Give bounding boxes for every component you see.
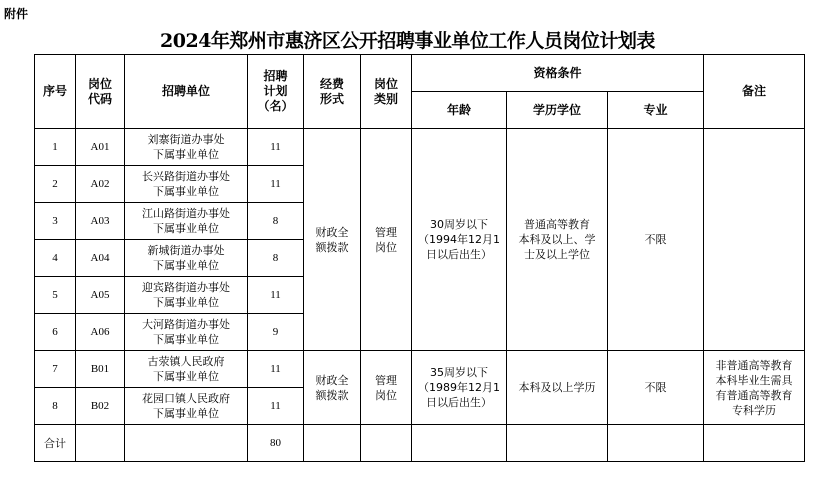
cell-unit: 长兴路街道办事处 下属事业单位 — [125, 166, 248, 203]
cell-code: A03 — [76, 203, 125, 240]
cell-remarks-group-a — [704, 129, 805, 351]
cell-code: B01 — [76, 351, 125, 388]
cell-education-group-b: 本科及以上学历 — [507, 351, 608, 425]
cell-plan: 11 — [248, 277, 304, 314]
cell-age-group-a: 30周岁以下 （1994年12月1 日以后出生） — [412, 129, 507, 351]
cell-unit: 大河路街道办事处 下属事业单位 — [125, 314, 248, 351]
header-funding: 经费 形式 — [304, 55, 361, 129]
recruitment-plan-table: 序号 岗位 代码 招聘单位 招聘 计划 （名） 经费 形式 岗位 类别 资格条件… — [34, 54, 805, 462]
header-remarks: 备注 — [704, 55, 805, 129]
cell-plan: 11 — [248, 351, 304, 388]
cell-unit: 江山路街道办事处 下属事业单位 — [125, 203, 248, 240]
header-education: 学历学位 — [507, 92, 608, 129]
cell-code: A04 — [76, 240, 125, 277]
cell-seq: 6 — [35, 314, 76, 351]
cell-code: A02 — [76, 166, 125, 203]
table-row: 7 B01 古荥镇人民政府 下属事业单位 11 财政全 额拨款 管理 岗位 35… — [35, 351, 805, 388]
cell-major-group-b: 不限 — [608, 351, 704, 425]
total-label: 合计 — [35, 425, 76, 462]
cell-seq: 2 — [35, 166, 76, 203]
cell-seq: 7 — [35, 351, 76, 388]
header-major: 专业 — [608, 92, 704, 129]
table-row: 1 A01 刘寨街道办事处 下属事业单位 11 财政全 额拨款 管理 岗位 30… — [35, 129, 805, 166]
cell-seq: 4 — [35, 240, 76, 277]
header-unit: 招聘单位 — [125, 55, 248, 129]
cell-major-group-a: 不限 — [608, 129, 704, 351]
cell-category-group-b: 管理 岗位 — [361, 351, 412, 425]
cell-funding-group-a: 财政全 额拨款 — [304, 129, 361, 351]
cell-seq: 3 — [35, 203, 76, 240]
total-empty-unit — [125, 425, 248, 462]
cell-unit: 迎宾路街道办事处 下属事业单位 — [125, 277, 248, 314]
cell-unit: 刘寨街道办事处 下属事业单位 — [125, 129, 248, 166]
header-age: 年龄 — [412, 92, 507, 129]
cell-education-group-a: 普通高等教育 本科及以上、学 士及以上学位 — [507, 129, 608, 351]
total-empty — [304, 425, 361, 462]
cell-plan: 11 — [248, 166, 304, 203]
header-code: 岗位 代码 — [76, 55, 125, 129]
header-category: 岗位 类别 — [361, 55, 412, 129]
cell-unit: 古荥镇人民政府 下属事业单位 — [125, 351, 248, 388]
annex-label: 附件 — [4, 5, 28, 22]
cell-age-group-b: 35周岁以下 （1989年12月1 日以后出生） — [412, 351, 507, 425]
cell-remarks-group-b: 非普通高等教育 本科毕业生需具 有普通高等教育 专科学历 — [704, 351, 805, 425]
cell-unit: 花园口镇人民政府 下属事业单位 — [125, 388, 248, 425]
total-plan: 80 — [248, 425, 304, 462]
cell-unit: 新城街道办事处 下属事业单位 — [125, 240, 248, 277]
total-empty-code — [76, 425, 125, 462]
cell-seq: 1 — [35, 129, 76, 166]
header-qualifications: 资格条件 — [412, 55, 704, 92]
cell-seq: 8 — [35, 388, 76, 425]
header-seq: 序号 — [35, 55, 76, 129]
cell-plan: 9 — [248, 314, 304, 351]
total-empty — [704, 425, 805, 462]
total-empty — [507, 425, 608, 462]
cell-plan: 11 — [248, 388, 304, 425]
total-empty — [412, 425, 507, 462]
cell-category-group-a: 管理 岗位 — [361, 129, 412, 351]
cell-plan: 11 — [248, 129, 304, 166]
page-title: 2024年郑州市惠济区公开招聘事业单位工作人员岗位计划表 — [0, 26, 815, 53]
total-empty — [361, 425, 412, 462]
cell-code: A06 — [76, 314, 125, 351]
cell-funding-group-b: 财政全 额拨款 — [304, 351, 361, 425]
cell-plan: 8 — [248, 240, 304, 277]
total-empty — [608, 425, 704, 462]
cell-seq: 5 — [35, 277, 76, 314]
cell-plan: 8 — [248, 203, 304, 240]
cell-code: B02 — [76, 388, 125, 425]
header-plan: 招聘 计划 （名） — [248, 55, 304, 129]
total-row: 合计 80 — [35, 425, 805, 462]
cell-code: A05 — [76, 277, 125, 314]
cell-code: A01 — [76, 129, 125, 166]
